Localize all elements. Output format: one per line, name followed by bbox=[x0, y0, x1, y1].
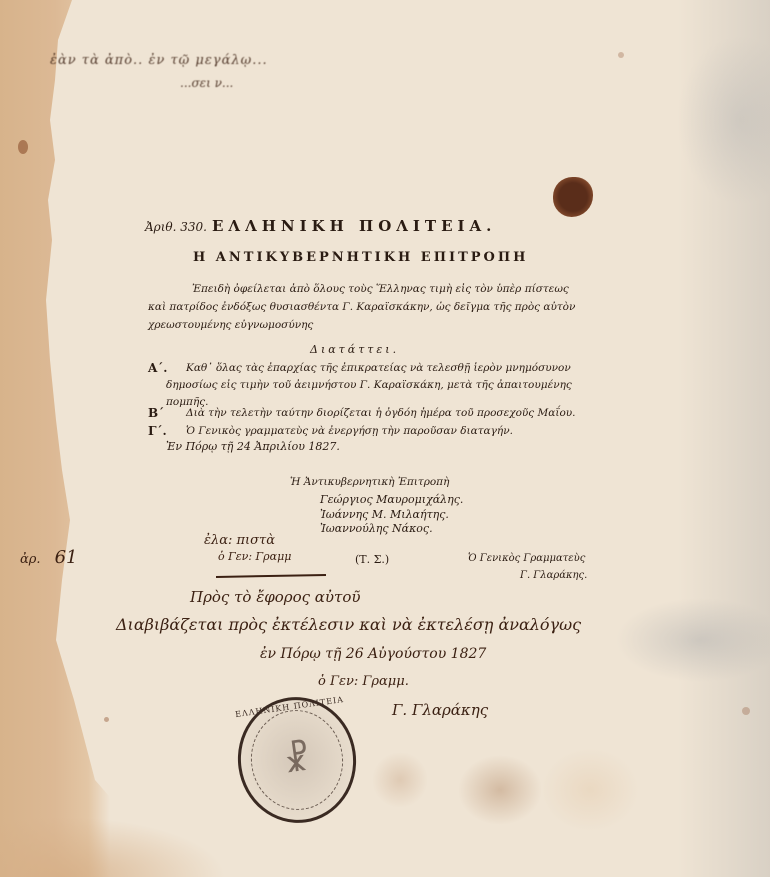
annotation-signature: Γ. Γλαράκης bbox=[392, 701, 488, 719]
article-mark: Β΄ bbox=[148, 405, 164, 422]
approval-line: ἐλα: πιστὰ bbox=[204, 533, 275, 548]
document-number: Ἀριθ. 330. bbox=[145, 220, 207, 234]
article-mark: Α΄. bbox=[148, 360, 168, 377]
margin-number-value: 61 bbox=[55, 547, 78, 568]
signatory-name: Ἰωαννούλης Νάκος. bbox=[320, 522, 433, 535]
preamble: Ἐπειδὴ ὀφείλεται ἀπὸ ὅλους τοὺς Ἕλληνας … bbox=[148, 280, 578, 334]
annotation-line: ὁ Γεν: Γραμμ. bbox=[318, 674, 409, 689]
document-date: Ἐν Πόρῳ τῇ 24 Ἀπριλίου 1827. bbox=[166, 440, 340, 453]
ink-spot bbox=[742, 707, 750, 715]
document-state-title: ΕΛΛΗΝΙΚΗ ΠΟΛΙΤΕΙΑ. bbox=[212, 217, 496, 235]
stamp-inner-ring: ☧ bbox=[244, 704, 349, 816]
preamble-line: καὶ πατρίδος ἐνδόξως θυσιασθέντα Γ. Καρα… bbox=[148, 298, 578, 316]
margin-number-note: ἀρ.61 bbox=[20, 547, 77, 568]
annotation-line: ἐν Πόρῳ τῇ 26 Αὐγούστου 1827 bbox=[260, 646, 486, 662]
top-handwritten-note-line2: ...σει ν... bbox=[180, 76, 233, 90]
water-stain-bottom bbox=[0, 797, 300, 877]
signatories-title: Ἡ Ἀντικυβερνητικὴ Ἐπιτροπὴ bbox=[290, 476, 449, 488]
article-g: Γ΄. Ὁ Γενικὸς γραμματεὺς νὰ ἐνεργήσῃ τὴν… bbox=[148, 423, 588, 440]
document-authority: Η ΑΝΤΙΚΥΒΕΡΝΗΤΙΚΗ ΕΠΙΤΡΟΠΗ bbox=[193, 250, 528, 265]
article-text: δημοσίως εἰς τιμὴν τοῦ ἀειμνήστου Γ. Καρ… bbox=[166, 377, 588, 394]
secretary-title: Ὁ Γενικὸς Γραμματεὺς bbox=[468, 553, 585, 564]
article-mark: Γ΄. bbox=[148, 423, 167, 440]
article-a: Α΄. Καθ᾽ ὅλας τὰς ἐπαρχίας τῆς ἐπικρατεί… bbox=[148, 360, 588, 411]
ink-spot bbox=[18, 140, 28, 154]
stamp-figure-icon: ☧ bbox=[281, 738, 313, 781]
preamble-line: Ἐπειδὴ ὀφείλεται ἀπὸ ὅλους τοὺς Ἕλληνας … bbox=[148, 280, 578, 298]
secretary-name: Γ. Γλαράκης. bbox=[520, 570, 587, 581]
ink-spot bbox=[618, 52, 624, 58]
seal-placeholder: (Τ. Σ.) bbox=[355, 553, 389, 566]
article-text: Ὁ Γενικὸς γραμματεὺς νὰ ἐνεργήσῃ τὴν παρ… bbox=[186, 423, 588, 440]
ink-spot bbox=[104, 717, 109, 722]
article-text: Καθ᾽ ὅλας τὰς ἐπαρχίας τῆς ἐπικρατείας ν… bbox=[186, 360, 588, 377]
preamble-line: χρεωστουμένης εὐγνωμοσύνης bbox=[148, 316, 578, 334]
margin-number-prefix: ἀρ. bbox=[20, 552, 41, 567]
signatory-name: Ἰωάννης Μ. Μιλαήτης. bbox=[320, 508, 449, 521]
ordains-heading: Διατάττει. bbox=[310, 343, 399, 356]
article-text: Διὰ τὴν τελετὴν ταύτην διορίζεται ἡ ὀγδό… bbox=[186, 405, 588, 422]
top-handwritten-note-line1: ἐὰν τὰ ἀπὸ.. ἐν τῷ μεγάλῳ... bbox=[50, 53, 268, 68]
article-b: Β΄ Διὰ τὴν τελετὴν ταύτην διορίζεται ἡ ὀ… bbox=[148, 405, 588, 422]
handwritten-approval: ἐλα: πιστὰ ὁ Γεν: Γραμμ bbox=[204, 533, 291, 565]
signatory-name: Γεώργιος Μαυρομιχάλης. bbox=[320, 493, 463, 506]
annotation-line: Διαβιβάζεται πρὸς ἐκτέλεσιν καὶ νὰ ἐκτελ… bbox=[116, 615, 581, 634]
approval-line: ὁ Γεν: Γραμμ bbox=[218, 549, 291, 565]
annotation-line: Πρὸς τὸ ἔφορος αὐτοῦ bbox=[190, 588, 361, 606]
